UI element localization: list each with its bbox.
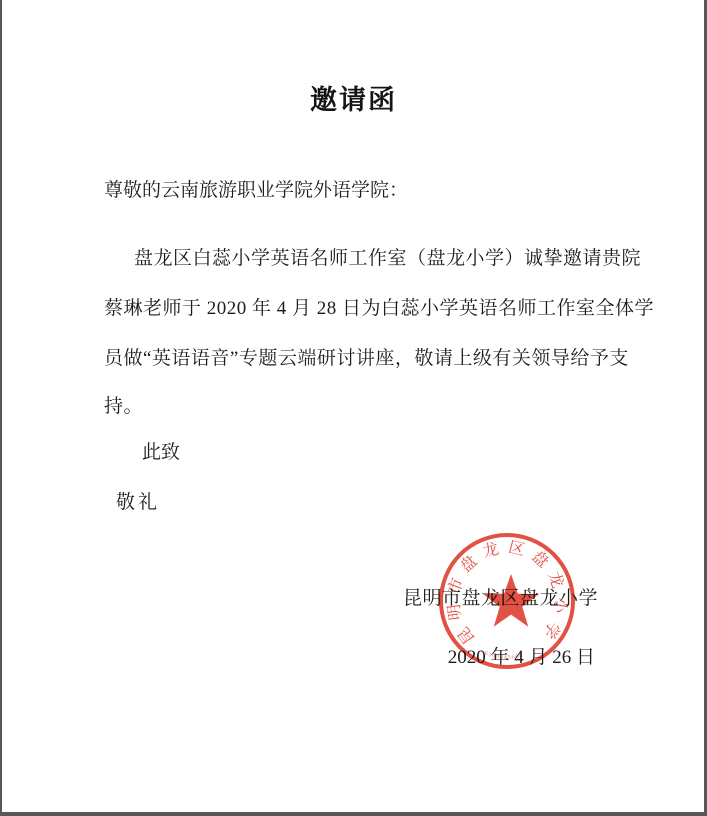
page-edge-bottom: [0, 812, 707, 816]
closing-jingli: 敬礼: [116, 487, 160, 514]
body-line-2: 蔡琳老师于 2020 年 4 月 28 日为白蕊小学英语名师工作室全体学: [104, 293, 607, 320]
star-icon: [483, 574, 539, 627]
letter-title: 邀请函: [0, 78, 707, 117]
seal-serial-number: 6300445660: [484, 651, 525, 661]
body-line-1: 盘龙区白蕊小学英语名师工作室（盘龙小学）诚挚邀请贵院: [104, 243, 607, 270]
closing-cizhi: 此致: [142, 437, 180, 464]
page-edge-left: [0, 0, 2, 816]
salutation-line: 尊敬的云南旅游职业学院外语学院：: [104, 175, 408, 202]
document-page: 邀请函 尊敬的云南旅游职业学院外语学院： 盘龙区白蕊小学英语名师工作室（盘龙小学…: [0, 0, 707, 816]
official-seal-stamp: 昆明市盘龙区盘龙小学 6300445660: [436, 528, 582, 674]
body-line-4: 持。: [104, 391, 607, 418]
body-line-3: 员做“英语语音”专题云端研讨讲座，敬请上级有关领导给予支: [104, 343, 607, 370]
